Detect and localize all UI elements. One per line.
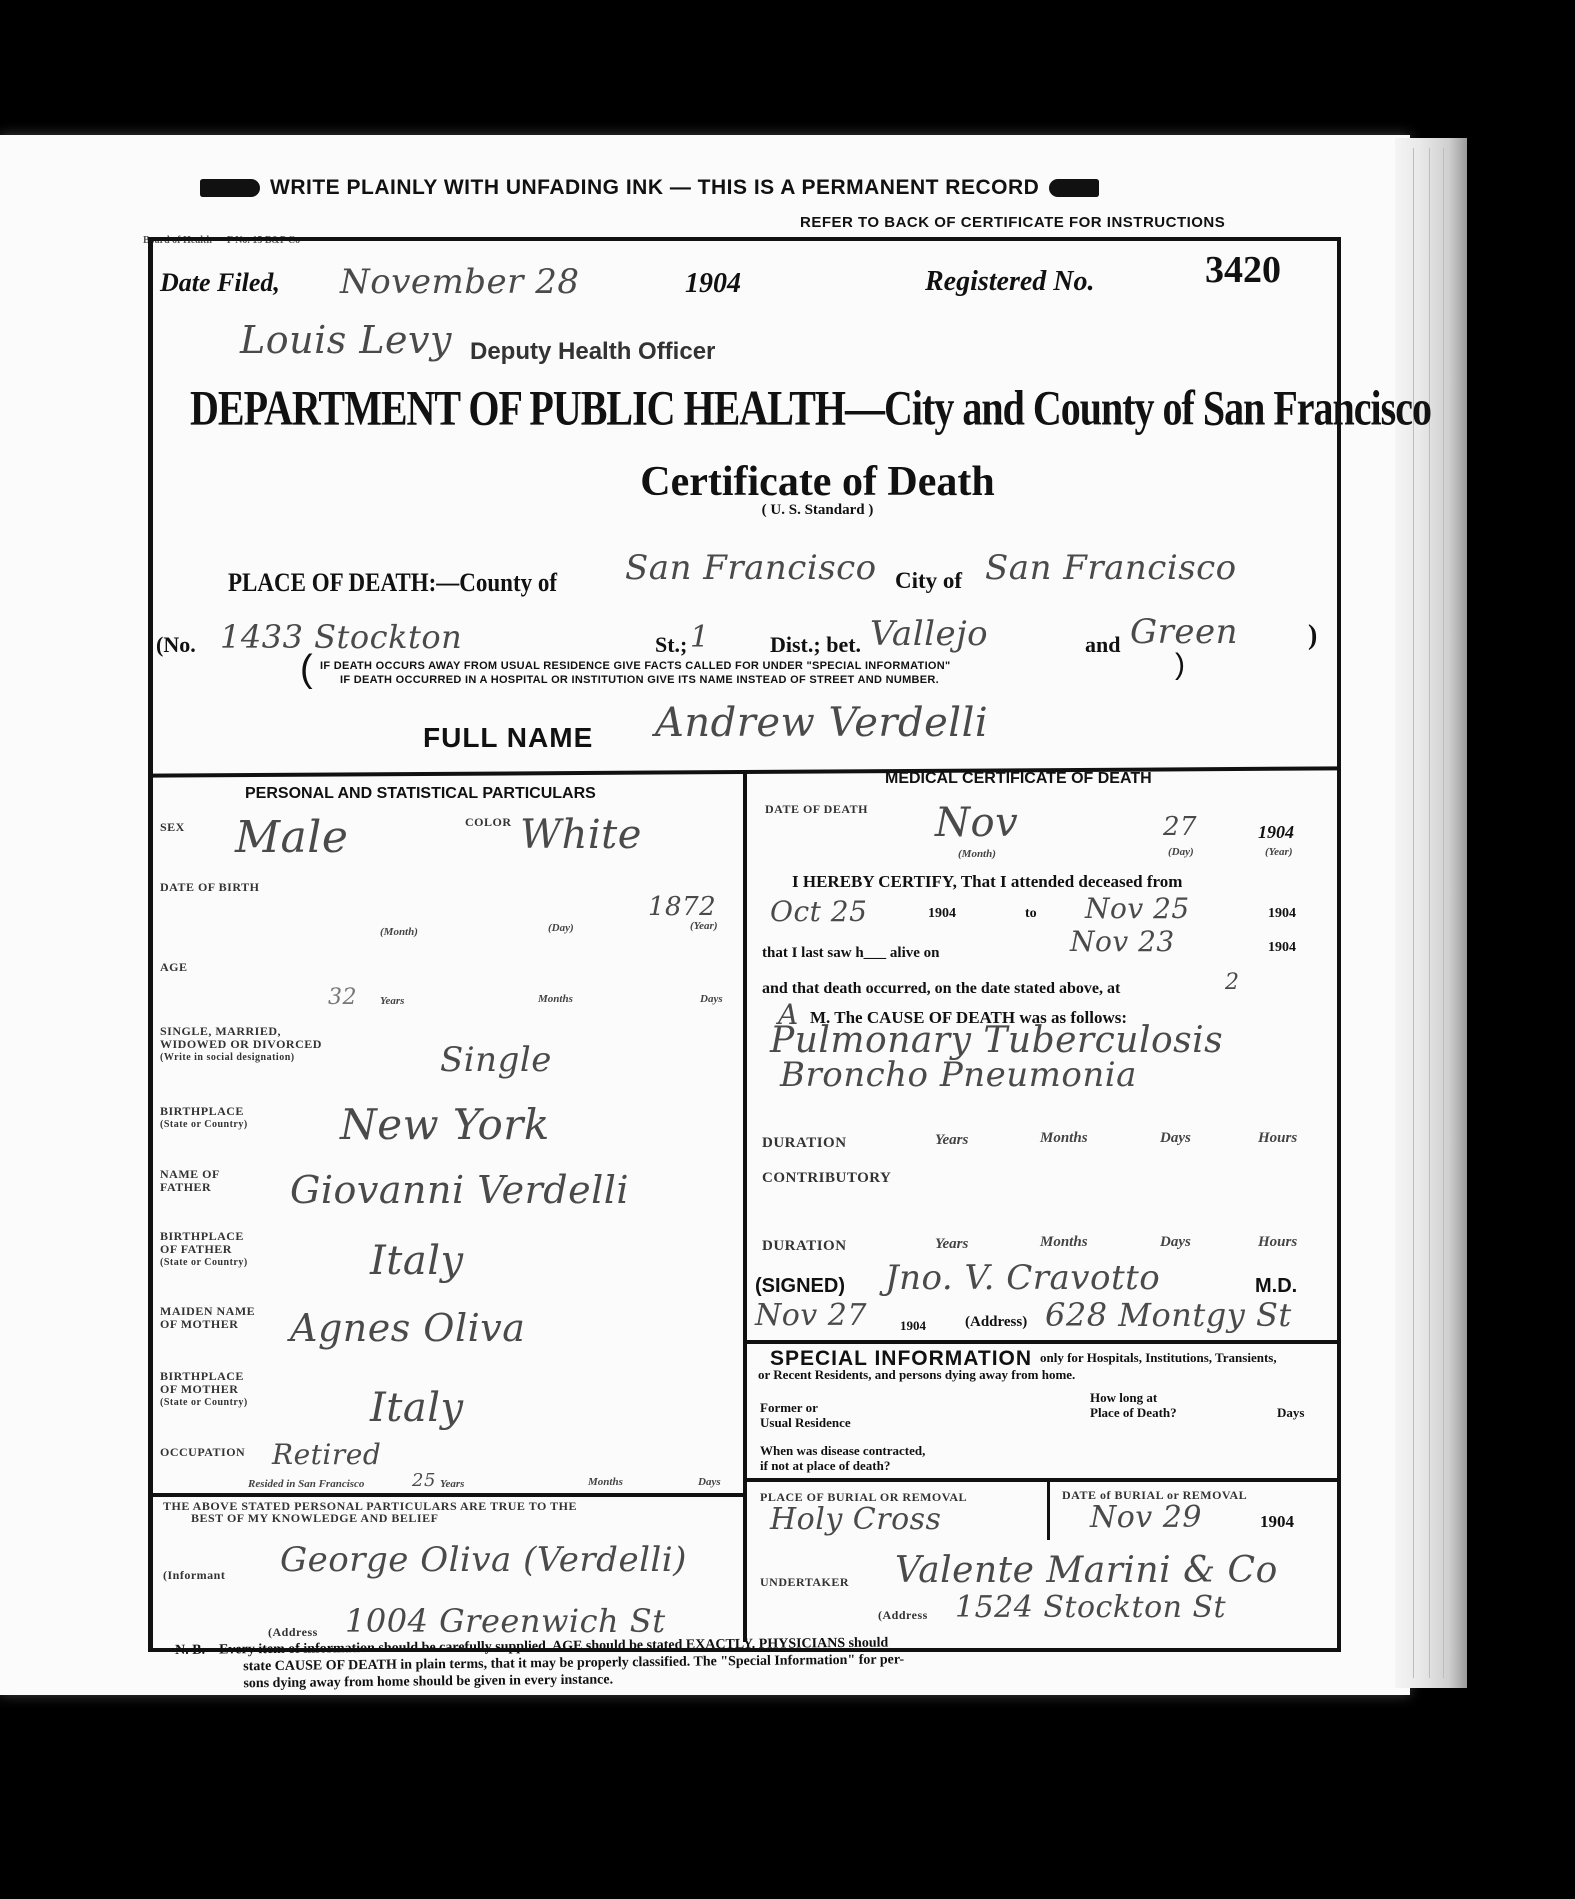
mother-name-label: MAIDEN NAME OF MOTHER xyxy=(160,1305,255,1331)
burial-place-value: Holy Cross xyxy=(770,1502,941,1537)
attended-to-year: 1904 xyxy=(1268,906,1296,922)
undertaker-address-value: 1524 Stockton St xyxy=(955,1590,1226,1625)
informant-name-value: George Oliva (Verdelli) xyxy=(280,1540,687,1580)
pointing-hand-icon xyxy=(1049,179,1099,197)
and-label: and xyxy=(1085,632,1120,658)
father-birthplace-label: BIRTHPLACE OF FATHER (State or Country) xyxy=(160,1230,248,1269)
date-filed-value: November 28 xyxy=(340,262,580,302)
color-label: COLOR xyxy=(465,815,512,830)
certificate-title-text: Certificate of Death xyxy=(640,458,995,506)
district-value: 1 xyxy=(690,620,710,655)
place-of-death-label: PLACE OF DEATH:—County of xyxy=(228,568,557,598)
contributory-days-label: Days xyxy=(1160,1234,1191,1251)
pointing-hand-icon xyxy=(200,179,260,197)
duration-months-label: Months xyxy=(1040,1130,1088,1147)
close-paren: ) xyxy=(1308,620,1317,652)
date-of-death-month: Nov xyxy=(935,800,1018,846)
undertaker-label: UNDERTAKER xyxy=(760,1575,849,1590)
cause-of-death-2: Broncho Pneumonia xyxy=(780,1055,1137,1095)
contributory-years-label: Years xyxy=(935,1236,968,1253)
burial-date-value: Nov 29 xyxy=(1090,1500,1202,1535)
sex-value: Male xyxy=(235,812,348,863)
date-filed-year: 1904 xyxy=(685,268,741,300)
former-residence-label: Former or Usual Residence xyxy=(760,1400,851,1430)
last-saw-value: Nov 23 xyxy=(1070,925,1175,958)
duration-days-label: Days xyxy=(1160,1130,1191,1147)
marital-label-line: WIDOWED OR DIVORCED xyxy=(160,1038,322,1051)
last-saw-year: 1904 xyxy=(1268,940,1296,956)
md-label: M.D. xyxy=(1255,1275,1297,1298)
how-long-days-label: Days xyxy=(1277,1405,1304,1421)
resided-label: Resided in San Francisco xyxy=(248,1478,364,1490)
informant-statement: THE ABOVE STATED PERSONAL PARTICULARS AR… xyxy=(163,1500,577,1524)
sex-label: SEX xyxy=(160,820,185,835)
father-bp-label-line: (State or Country) xyxy=(160,1256,248,1269)
street-number-label: (No. xyxy=(156,632,196,658)
marital-value: Single xyxy=(440,1040,552,1080)
informant-label: (Informant xyxy=(163,1568,225,1583)
deputy-title: Deputy Health Officer xyxy=(470,338,715,366)
color-value: White xyxy=(520,812,642,858)
age-years-value: 32 xyxy=(328,985,357,1010)
dob-label: DATE OF BIRTH xyxy=(160,880,259,895)
dob-day-label: (Day) xyxy=(548,922,574,934)
informant-divider xyxy=(150,1493,744,1497)
street-label: St.; xyxy=(655,632,687,658)
special-info-note: only for Hospitals, Institutions, Transi… xyxy=(1040,1350,1277,1366)
contributory-hours-label: Hours xyxy=(1258,1234,1297,1251)
mother-birthplace-value: Italy xyxy=(370,1385,464,1431)
age-label: AGE xyxy=(160,960,188,975)
occupation-label: OCCUPATION xyxy=(160,1445,245,1460)
age-years-label: Years xyxy=(380,995,404,1007)
how-long-label-line: How long at xyxy=(1090,1390,1177,1405)
full-name-value: Andrew Verdelli xyxy=(655,700,988,746)
father-name-label: NAME OF FATHER xyxy=(160,1168,220,1194)
informant-address-label: (Address xyxy=(268,1625,318,1640)
medical-section-title: MEDICAL CERTIFICATE OF DEATH xyxy=(885,770,1152,788)
personal-section-title: PERSONAL AND STATISTICAL PARTICULARS xyxy=(245,785,596,803)
district-label: Dist.; bet. xyxy=(770,632,861,658)
street-value: 1433 Stockton xyxy=(220,618,462,656)
mother-birthplace-label: BIRTHPLACE OF MOTHER (State or Country) xyxy=(160,1370,248,1409)
birthplace-label-line: BIRTHPLACE xyxy=(160,1105,248,1118)
burial-divider xyxy=(745,1478,1337,1482)
dod-month-label: (Month) xyxy=(958,848,996,860)
age-months-label: Months xyxy=(538,993,573,1005)
certificate-subtitle-text: ( U. S. Standard ) xyxy=(762,502,874,519)
resided-months-label: Months xyxy=(588,1476,623,1488)
birthplace-value: New York xyxy=(340,1100,550,1149)
contributory-label: CONTRIBUTORY xyxy=(762,1170,891,1187)
informant-statement-line: BEST OF MY KNOWLEDGE AND BELIEF xyxy=(163,1512,577,1524)
resided-days-label: Days xyxy=(698,1476,721,1488)
to-label: to xyxy=(1025,906,1037,922)
contracted-label-line: if not at place of death? xyxy=(760,1458,925,1473)
signed-label: (SIGNED) xyxy=(755,1275,845,1298)
registered-label: Registered No. xyxy=(925,266,1095,298)
dod-day-label: (Day) xyxy=(1168,846,1194,858)
department-heading: DEPARTMENT OF PUBLIC HEALTH—City and Cou… xyxy=(190,378,1431,437)
instruction-hospital: IF DEATH OCCURRED IN A HOSPITAL OR INSTI… xyxy=(340,674,939,686)
informant-address-value: 1004 Greenwich St xyxy=(345,1602,666,1640)
duration-label: DURATION xyxy=(762,1135,847,1152)
father-birthplace-value: Italy xyxy=(370,1238,464,1284)
column-divider xyxy=(743,772,747,1642)
instruction-usual-residence: IF DEATH OCCURS AWAY FROM USUAL RESIDENC… xyxy=(320,660,951,672)
duration-years-label: Years xyxy=(935,1132,968,1149)
city-value: San Francisco xyxy=(985,548,1237,588)
signed-year: 1904 xyxy=(900,1318,926,1334)
mother-bp-label-line: OF MOTHER xyxy=(160,1383,248,1396)
occupation-value: Retired xyxy=(272,1438,381,1471)
marital-label: SINGLE, MARRIED, WIDOWED OR DIVORCED (Wr… xyxy=(160,1025,322,1064)
between-street-a: Vallejo xyxy=(870,614,988,654)
father-label-line: FATHER xyxy=(160,1181,220,1194)
city-label: City of xyxy=(895,568,962,594)
attended-from-value: Oct 25 xyxy=(770,895,867,928)
attended-from-year: 1904 xyxy=(928,906,956,922)
birthplace-label: BIRTHPLACE (State or Country) xyxy=(160,1105,248,1131)
special-divider xyxy=(745,1340,1337,1344)
contributory-duration-label: DURATION xyxy=(762,1238,847,1255)
resided-years-value: 25 xyxy=(412,1470,436,1491)
ledger-page-edges xyxy=(1395,138,1467,1688)
date-of-death-day: 27 xyxy=(1163,812,1197,842)
contributory-months-label: Months xyxy=(1040,1234,1088,1251)
how-long-label-line: Place of Death? xyxy=(1090,1405,1177,1420)
disease-contracted-label: When was disease contracted, if not at p… xyxy=(760,1443,925,1473)
dob-year-label: (Year) xyxy=(690,920,718,932)
certify-statement: I HEREBY CERTIFY, That I attended deceas… xyxy=(792,872,1182,892)
attended-to-value: Nov 25 xyxy=(1085,892,1190,925)
date-of-death-label: DATE OF DEATH xyxy=(765,802,868,817)
between-street-b: Green xyxy=(1130,612,1238,652)
physician-address-label: (Address) xyxy=(965,1314,1027,1331)
contracted-label-line: When was disease contracted, xyxy=(760,1443,925,1458)
mother-name-value: Agnes Oliva xyxy=(290,1306,525,1350)
mother-bp-label-line: (State or Country) xyxy=(160,1396,248,1409)
birthplace-label-line: (State or Country) xyxy=(160,1118,248,1131)
death-hour-value: 2 xyxy=(1225,970,1240,995)
ink-warning: WRITE PLAINLY WITH UNFADING INK — THIS I… xyxy=(200,176,1099,200)
dod-year-label: (Year) xyxy=(1265,846,1293,858)
undertaker-value: Valente Marini & Co xyxy=(895,1550,1278,1591)
signed-date-value: Nov 27 xyxy=(755,1298,867,1333)
county-value: San Francisco xyxy=(625,548,877,588)
undertaker-address-label: (Address xyxy=(878,1608,928,1623)
registered-number: 3420 xyxy=(1205,248,1281,292)
certificate-subtitle: ( U. S. Standard ) xyxy=(0,502,1575,519)
father-bp-label-line: OF FATHER xyxy=(160,1243,248,1256)
certificate-title: Certificate of Death xyxy=(0,458,1575,506)
marital-label-line: (Write in social designation) xyxy=(160,1051,322,1064)
father-name-value: Giovanni Verdelli xyxy=(290,1168,629,1212)
open-paren: ( xyxy=(300,648,313,691)
dob-year-value: 1872 xyxy=(648,892,716,922)
physician-signature: Jno. V. Cravotto xyxy=(885,1258,1160,1298)
former-label-line: Former or xyxy=(760,1400,851,1415)
death-occurred-text: and that death occurred, on the date sta… xyxy=(762,980,1120,998)
age-days-label: Days xyxy=(700,993,723,1005)
how-long-label: How long at Place of Death? xyxy=(1090,1390,1177,1420)
physician-address-value: 628 Montgy St xyxy=(1045,1296,1292,1334)
burial-year: 1904 xyxy=(1260,1512,1294,1532)
dob-month-label: (Month) xyxy=(380,926,418,938)
deputy-signature: Louis Levy xyxy=(240,318,452,362)
duration-hours-label: Hours xyxy=(1258,1130,1297,1147)
refer-instructions: REFER TO BACK OF CERTIFICATE FOR INSTRUC… xyxy=(800,214,1225,231)
date-filed-label: Date Filed, xyxy=(160,268,280,298)
burial-column-divider xyxy=(1047,1480,1050,1540)
mother-label-line: OF MOTHER xyxy=(160,1318,255,1331)
resided-years-label: Years xyxy=(440,1478,464,1490)
close-paren-2: ) xyxy=(1175,648,1185,682)
full-name-label: FULL NAME xyxy=(423,722,593,754)
last-saw-label: that I last saw h___ alive on xyxy=(762,945,940,962)
former-label-line: Usual Residence xyxy=(760,1415,851,1430)
special-info-note-2: or Recent Residents, and persons dying a… xyxy=(758,1367,1075,1383)
ink-warning-text: WRITE PLAINLY WITH UNFADING INK — THIS I… xyxy=(270,176,1039,199)
date-of-death-year: 1904 xyxy=(1258,822,1294,843)
